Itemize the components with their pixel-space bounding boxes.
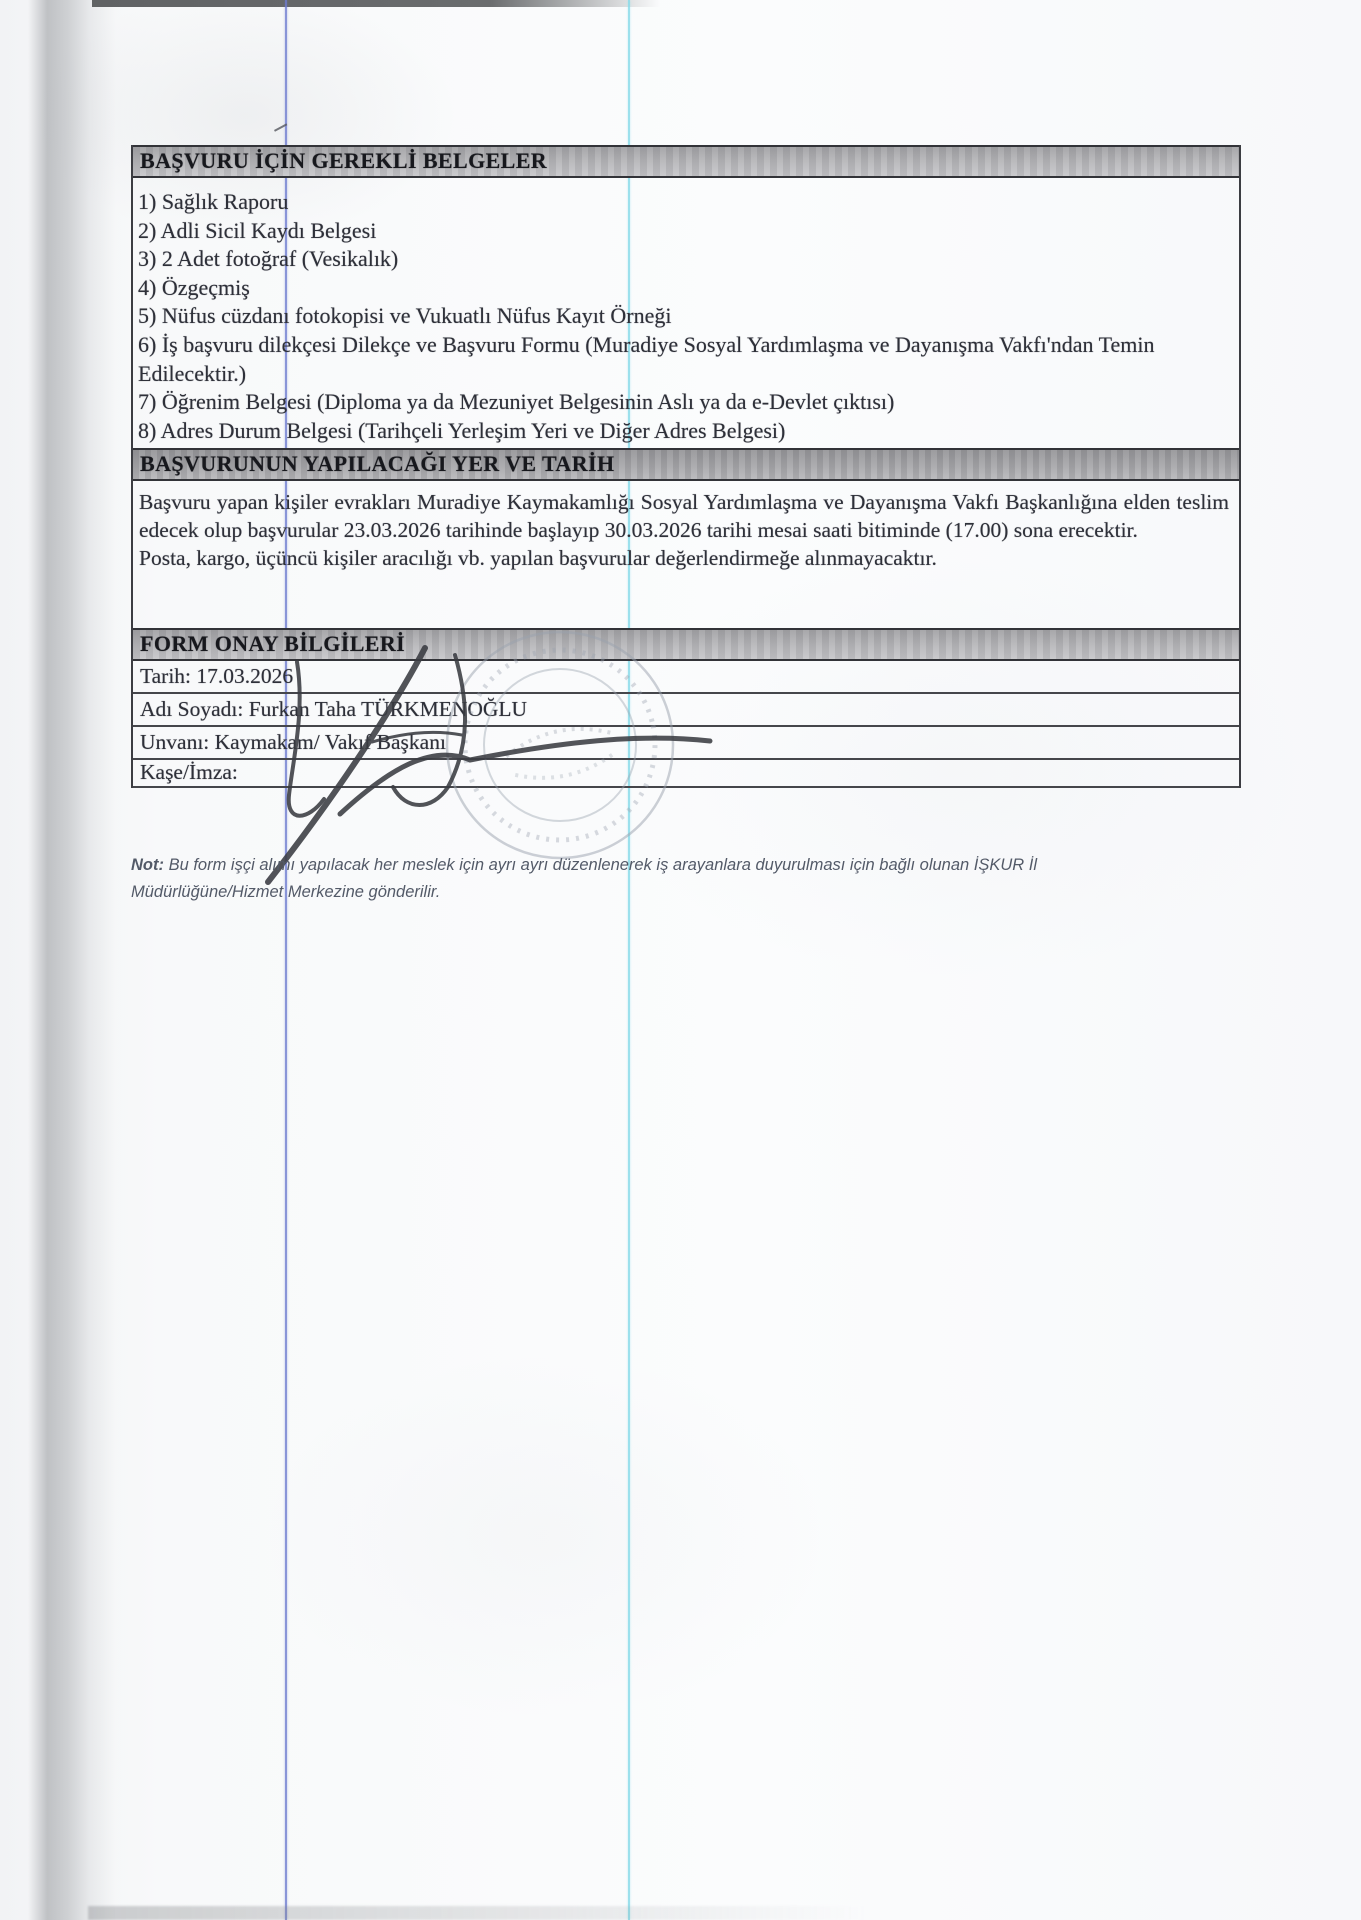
footer-note: Not: Bu form işçi alımı yapılacak her me… bbox=[131, 852, 1116, 906]
field-label: Adı Soyadı: bbox=[140, 697, 243, 721]
field-label: Tarih: bbox=[140, 664, 191, 688]
approval-row-date: Tarih: 17.03.2026 bbox=[133, 661, 1239, 694]
footer-note-prefix: Not: bbox=[131, 856, 164, 874]
list-item: 8) Adres Durum Belgesi (Tarihçeli Yerleş… bbox=[138, 417, 1231, 446]
list-item: 3) 2 Adet fotoğraf (Vesikalık) bbox=[138, 245, 1231, 274]
section-title-form-approval: FORM ONAY BİLGİLERİ bbox=[133, 628, 1239, 661]
place-and-date-text: Başvuru yapan kişiler evrakları Muradiye… bbox=[133, 481, 1239, 628]
list-item: 6) İş başvuru dilekçesi Dilekçe ve Başvu… bbox=[138, 331, 1231, 388]
footer-note-body: Bu form işçi alımı yapılacak her meslek … bbox=[131, 856, 1037, 901]
approval-row-stamp-signature: Kaşe/İmza: bbox=[133, 760, 1239, 788]
form-table: BAŞVURU İÇİN GEREKLİ BELGELER 1) Sağlık … bbox=[131, 145, 1241, 788]
required-documents-list: 1) Sağlık Raporu 2) Adli Sicil Kaydı Bel… bbox=[133, 178, 1239, 448]
stray-pen-mark bbox=[274, 123, 292, 140]
approval-row-title: Unvanı: Kaymakam/ Vakıf Başkanı bbox=[133, 727, 1239, 760]
field-value: Kaymakam/ Vakıf Başkanı bbox=[215, 730, 446, 754]
list-item: 5) Nüfus cüzdanı fotokopisi ve Vukuatlı … bbox=[138, 302, 1231, 331]
paragraph: Posta, kargo, üçüncü kişiler aracılığı v… bbox=[139, 544, 1229, 572]
list-item: 7) Öğrenim Belgesi (Diploma ya da Mezuni… bbox=[138, 388, 1231, 417]
section-title-required-documents: BAŞVURU İÇİN GEREKLİ BELGELER bbox=[133, 145, 1239, 178]
field-label: Unvanı: bbox=[140, 730, 209, 754]
scanned-document-page: BAŞVURU İÇİN GEREKLİ BELGELER 1) Sağlık … bbox=[0, 0, 1361, 1920]
list-item: 2) Adli Sicil Kaydı Belgesi bbox=[138, 217, 1231, 246]
paragraph: Başvuru yapan kişiler evrakları Muradiye… bbox=[139, 488, 1229, 544]
field-value: Furkan Taha TÜRKMENOĞLU bbox=[249, 697, 527, 721]
section-title-place-and-date: BAŞVURUNUN YAPILACAĞI YER VE TARİH bbox=[133, 448, 1239, 481]
field-value: 17.03.2026 bbox=[196, 664, 293, 688]
list-item: 4) Özgeçmiş bbox=[138, 274, 1231, 303]
field-label: Kaşe/İmza: bbox=[140, 760, 238, 784]
scan-left-shadow-band bbox=[28, 0, 116, 1920]
scan-bottom-edge-smudge bbox=[88, 1906, 868, 1920]
list-item: 1) Sağlık Raporu bbox=[138, 188, 1231, 217]
approval-row-name: Adı Soyadı: Furkan Taha TÜRKMENOĞLU bbox=[133, 694, 1239, 727]
scan-top-edge-line bbox=[92, 0, 660, 7]
